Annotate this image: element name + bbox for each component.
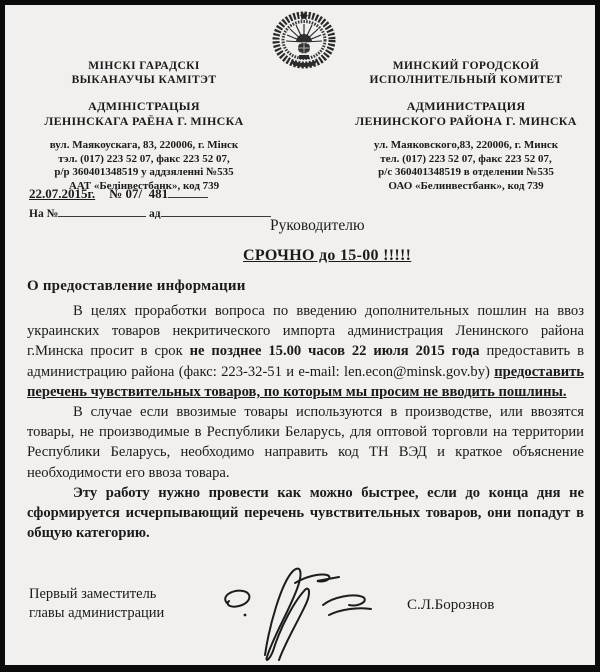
scanned-letter-page: МІНСКІ ГАРАДСКІ ВЫКАНАУЧЫ КАМІТЭТ АДМІНІ… [0,0,600,672]
address-ru-line3: р/с 360401348519 в отделении №535 [349,166,583,180]
paragraph-2: В случае если ввозимые товары используют… [27,402,584,483]
admin-name-by-line2: ЛЕНІНСКАГА РАЁНА Г. МІНСКА [27,114,261,129]
paragraph-1: В целях проработки вопроса по введению д… [27,301,584,402]
reply-mid-label: ад [149,208,161,220]
letterhead-belarusian: МІНСКІ ГАРАДСКІ ВЫКАНАУЧЫ КАМІТЭТ АДМІНІ… [27,59,261,193]
number-part1: 07/ [126,186,143,201]
letterhead-russian: МИНСКИЙ ГОРОДСКОЙ ИСПОЛНИТЕЛЬНЫЙ КОМИТЕТ… [349,59,583,193]
address-ru-line1: ул. Маяковского,83, 220006, г. Минск [349,139,583,153]
org-name-by-line2: ВЫКАНАУЧЫ КАМІТЭТ [27,73,261,87]
urgent-deadline-note: СРОЧНО до 15-00 !!!!! [243,247,411,265]
number-blank-line [168,186,208,198]
p1-deadline-bold: не позднее 15.00 часов 22 июля 2015 года [190,343,480,359]
address-by-line3: р/р 360401348519 у аддзяленні №535 [27,166,261,180]
org-name-ru-line2: ИСПОЛНИТЕЛЬНЫЙ КОМИТЕТ [349,73,583,87]
address-by-line1: вул. Маякоускага, 83, 220006, г. Мінск [27,139,261,153]
signer-title-line2: главы администрации [29,604,164,623]
reply-date-blank [161,205,271,217]
org-name-ru-line1: МИНСКИЙ ГОРОДСКОЙ [349,59,583,73]
letter-date: 22.07.2015г. [29,186,95,201]
signer-name: С.Л.Борознов [407,597,494,614]
signer-title-line1: Первый заместитель [29,585,164,604]
letter-body: В целях проработки вопроса по введению д… [27,301,584,543]
number-label: № [109,186,122,201]
address-ru-line2: тел. (017) 223 52 07, факс 223 52 07, [349,153,583,167]
org-name-by-line1: МІНСКІ ГАРАДСКІ [27,59,261,73]
number-part2: 481 [149,186,169,201]
paragraph-3: Эту работу нужно провести как можно быст… [27,483,584,544]
subject-line: О предоставление информации [27,278,246,295]
reply-label: На № [29,208,58,220]
address-ru-line4: ОАО «Белинвестбанк», код 739 [349,180,583,194]
addressee: Руководителю [270,217,365,235]
admin-name-ru-line1: АДМИНИСТРАЦИЯ [349,99,583,114]
admin-name-ru-line2: ЛЕНИНСКОГО РАЙОНА Г. МИНСКА [349,114,583,129]
reply-number-blank [58,205,146,217]
address-by-line2: тэл. (017) 223 52 07, факс 223 52 07, [27,153,261,167]
belarus-coat-of-arms-icon [271,11,337,69]
handwritten-signature [205,563,405,663]
admin-name-by-line1: АДМІНІСТРАЦЫЯ [27,99,261,114]
reference-block: 22.07.2015г.№ 07/ 481 На № ад [29,186,309,220]
signer-title: Первый заместитель главы администрации [29,585,164,623]
